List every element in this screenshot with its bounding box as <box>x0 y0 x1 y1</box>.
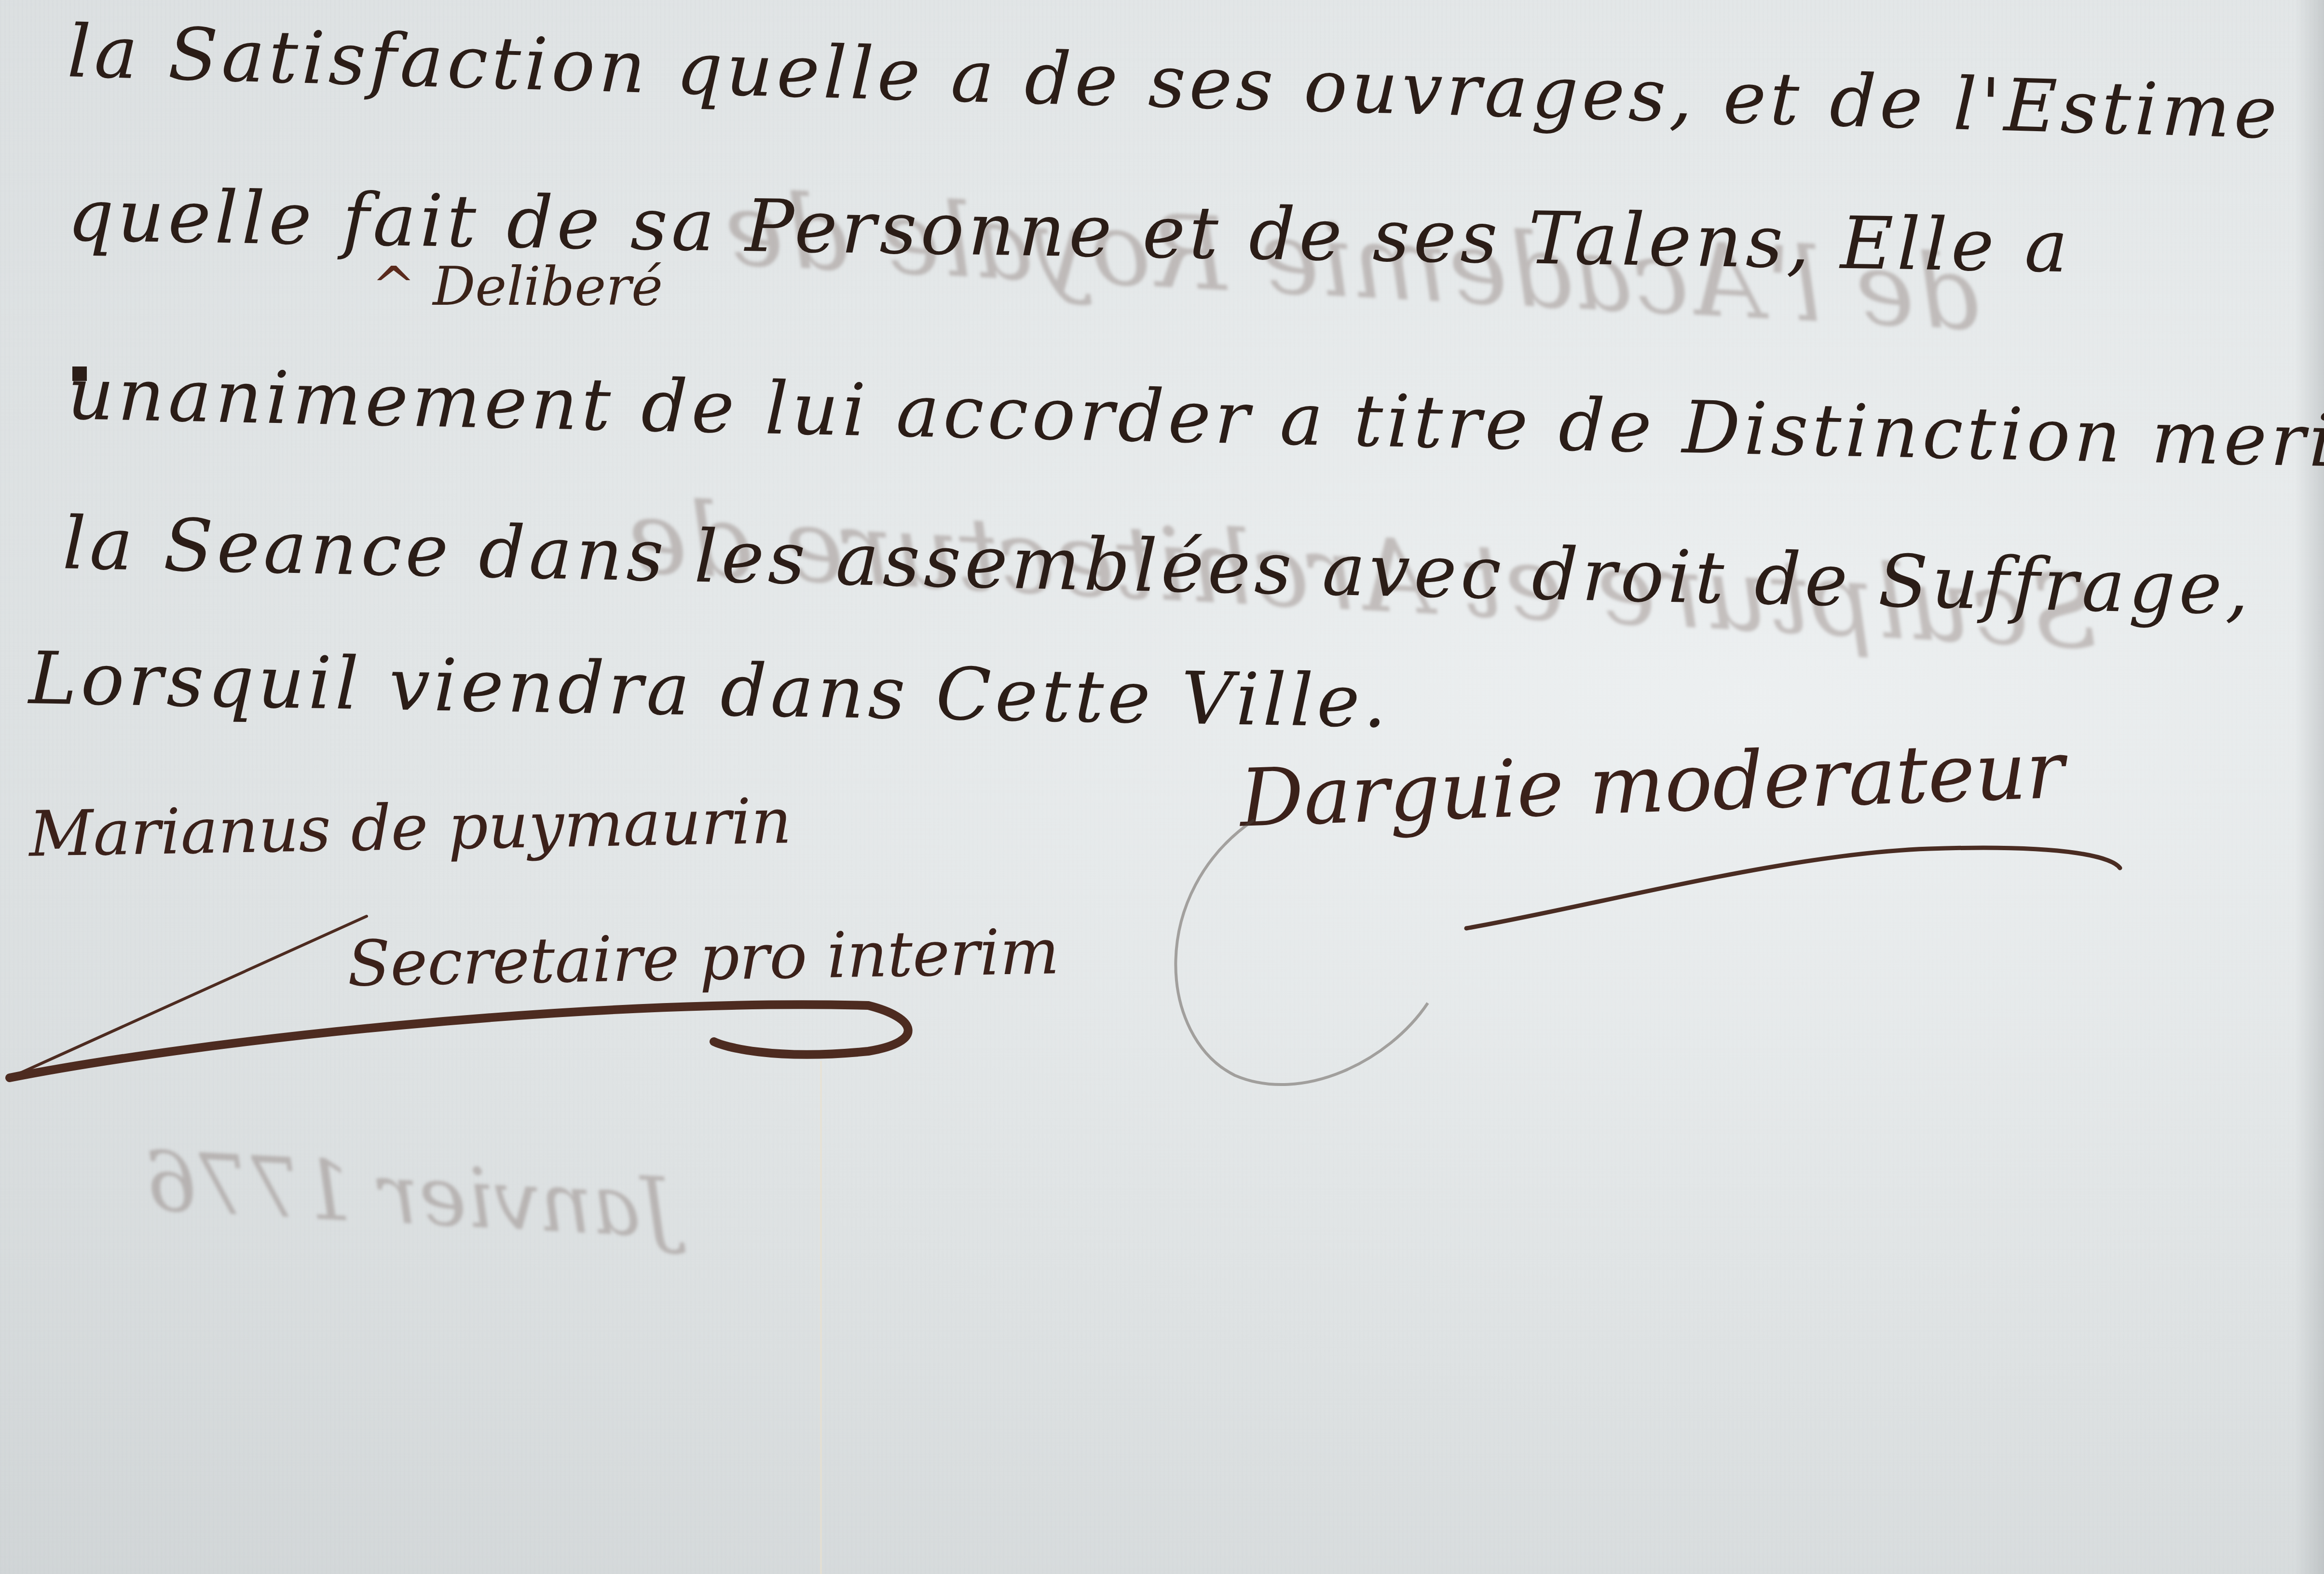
line-margin-marker <box>72 366 87 381</box>
moderateur-underline-flourish <box>1466 848 2120 928</box>
seal-outline <box>1176 820 1428 1085</box>
pen-flourishes <box>0 0 2324 1574</box>
manuscript-page: de l'Academie Royale de Sculpture et Arc… <box>0 0 2324 1574</box>
secretaire-diagonal-stroke <box>10 916 367 1078</box>
